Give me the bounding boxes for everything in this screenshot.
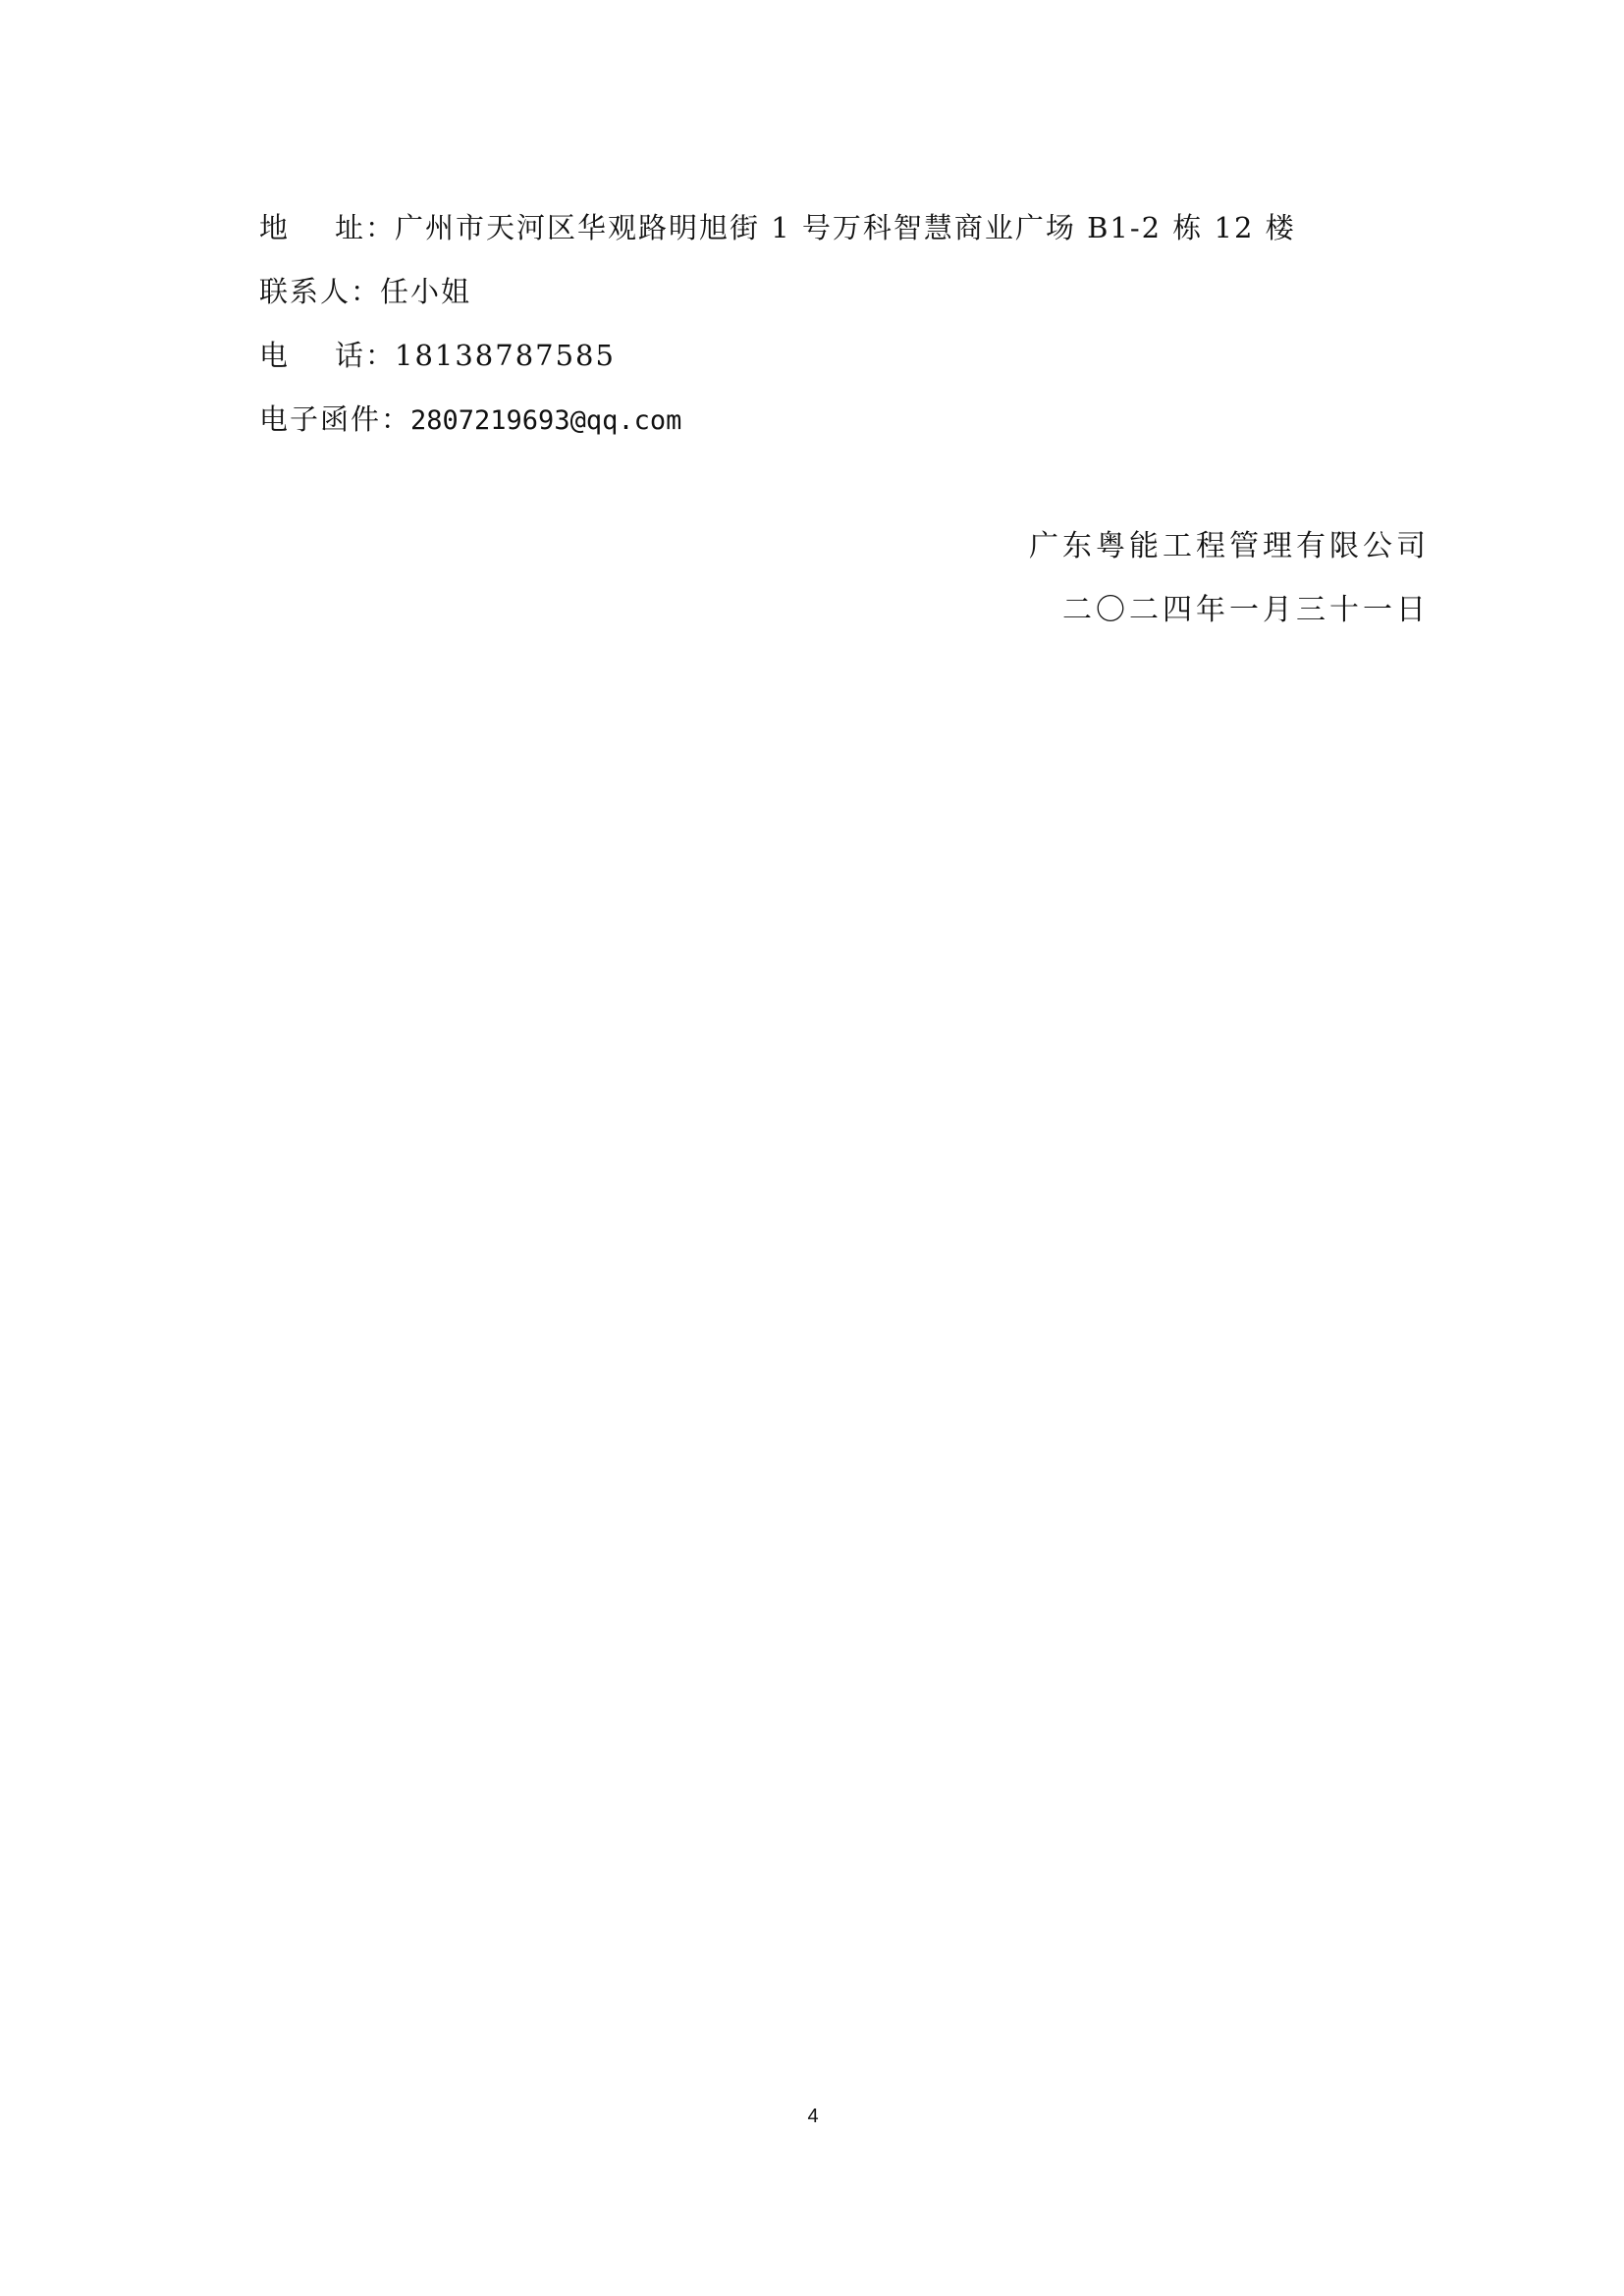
company-signature: 广东粤能工程管理有限公司: [1029, 527, 1430, 566]
page-number: 4: [803, 2105, 823, 2128]
contact-person-line: 联系人：任小姐: [259, 272, 471, 311]
phone-value: 18138787585: [395, 336, 616, 375]
email-label: 电子函件: [259, 400, 381, 439]
address-line: 地 址 ：广州市天河区华观路明旭街 1 号万科智慧商业广场 B1-2 栋 12 …: [259, 208, 1296, 247]
address-colon: ：: [365, 208, 395, 247]
email-value: 2807219693@qq.com: [410, 401, 681, 441]
email-colon: ：: [381, 400, 410, 439]
phone-label: 电 话: [259, 336, 365, 375]
email-line: 电子函件：2807219693@qq.com: [259, 400, 681, 439]
phone-colon: ：: [365, 336, 395, 375]
document-page: 地 址 ：广州市天河区华观路明旭街 1 号万科智慧商业广场 B1-2 栋 12 …: [0, 0, 1624, 2296]
contact-person-label: 联系人: [259, 272, 351, 311]
contact-person-value: 任小姐: [380, 272, 471, 311]
contact-person-colon: ：: [351, 272, 380, 311]
address-value: 广州市天河区华观路明旭街 1 号万科智慧商业广场 B1-2 栋 12 楼: [395, 208, 1296, 247]
address-label: 地 址: [259, 208, 365, 247]
address-label-char-2: 址: [335, 208, 365, 247]
address-label-char-1: 地: [259, 208, 290, 247]
phone-label-char-2: 话: [335, 336, 365, 375]
signature-date: 二〇二四年一月三十一日: [1062, 591, 1430, 630]
phone-label-char-1: 电: [259, 336, 290, 375]
phone-line: 电 话 ：18138787585: [259, 336, 616, 375]
